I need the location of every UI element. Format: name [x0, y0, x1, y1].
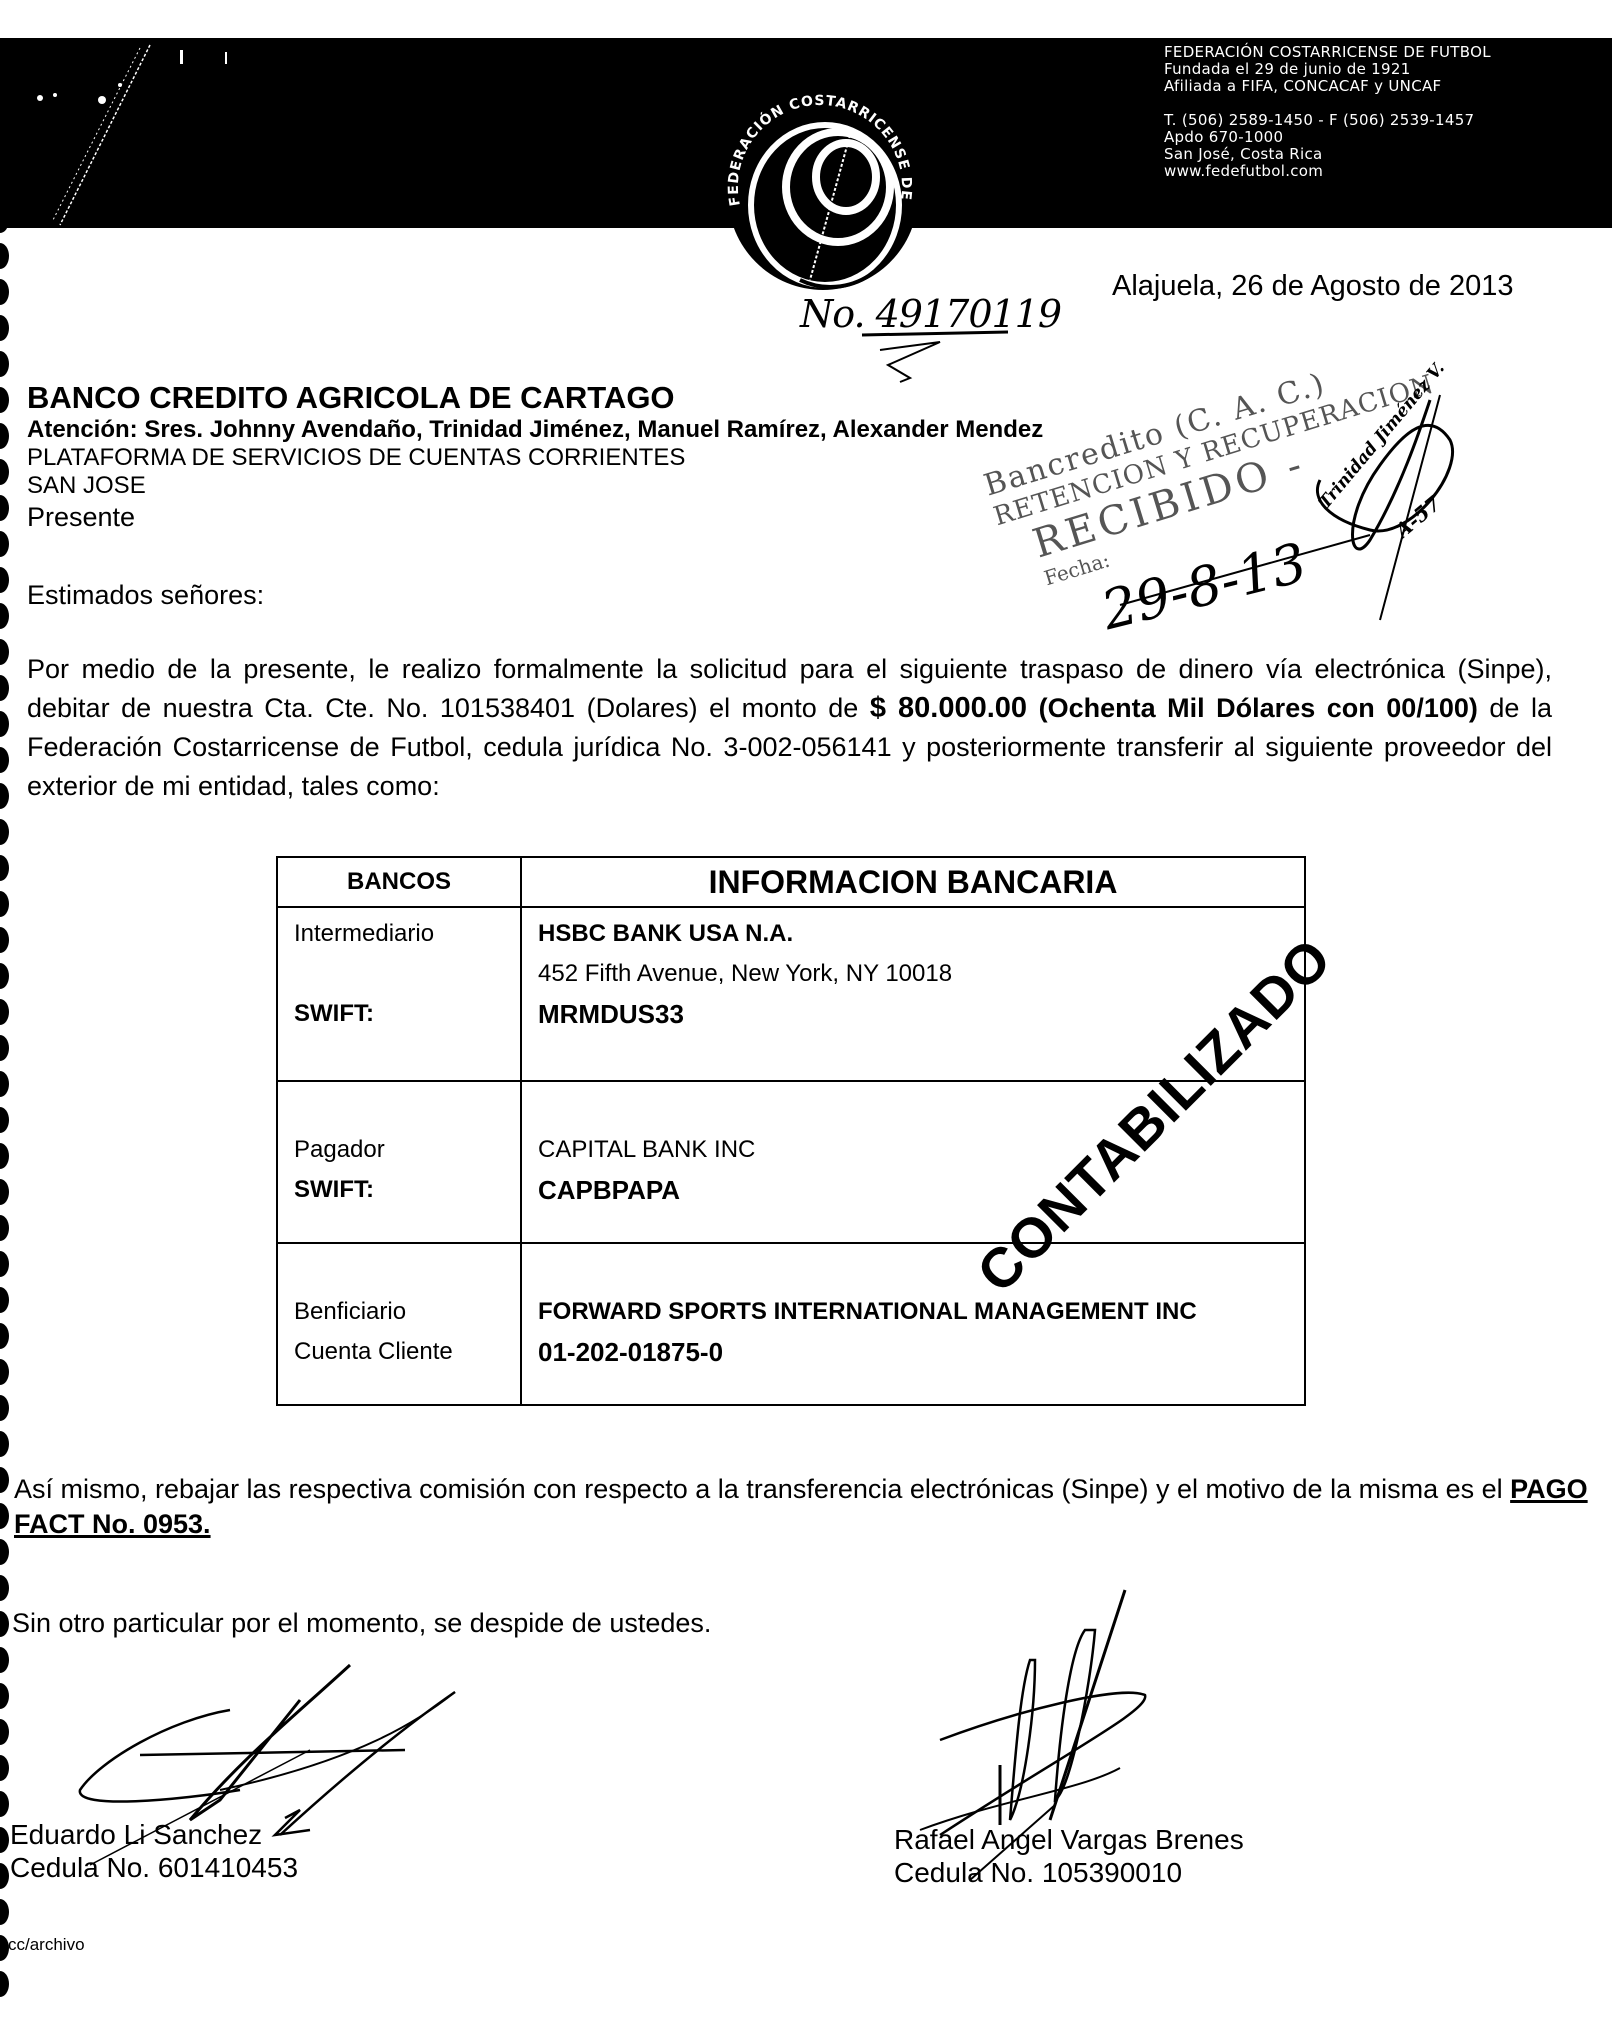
payer-swift-code: CAPBPAPA [538, 1170, 1288, 1210]
commission-text: Así mismo, rebajar las respectiva comisi… [14, 1474, 1510, 1504]
po-box-line: Apdo 670-1000 [1164, 129, 1491, 146]
recipient-city: SAN JOSE [27, 472, 1043, 500]
row-label: Pagador [294, 1130, 504, 1170]
cc-note: cc/archivo [8, 1935, 85, 1955]
department-line: PLATAFORMA DE SERVICIOS DE CUENTAS CORRI… [27, 444, 1043, 472]
column-header-banks: BANCOS [277, 857, 521, 907]
signatory-2-name: Rafael Angel Vargas Brenes [894, 1823, 1244, 1856]
signatory-2: Rafael Angel Vargas Brenes Cedula No. 10… [894, 1823, 1244, 1889]
presente-line: Presente [27, 500, 1043, 534]
founded-line: Fundada el 29 de junio de 1921 [1164, 61, 1491, 78]
request-paragraph: Por medio de la presente, le realizo for… [27, 650, 1552, 806]
beneficiary-name: FORWARD SPORTS INTERNATIONAL MANAGEMENT … [538, 1292, 1288, 1332]
affiliations-line: Afiliada a FIFA, CONCACAF y UNCAF [1164, 78, 1491, 95]
org-name: FEDERACIÓN COSTARRICENSE DE FUTBOL [1164, 44, 1491, 61]
signatory-1-id: Cedula No. 601410453 [10, 1851, 298, 1884]
table-row-beneficiary: Benficiario Cuenta Cliente FORWARD SPORT… [277, 1243, 1305, 1405]
signatory-2-id: Cedula No. 105390010 [894, 1856, 1244, 1889]
intermediary-bank-address: 452 Fifth Avenue, New York, NY 10018 [538, 954, 1288, 994]
closing-line: Sin otro particular por el momento, se d… [12, 1608, 711, 1639]
table-header-row: BANCOS INFORMACION BANCARIA [277, 857, 1305, 907]
column-header-bank-info: INFORMACION BANCARIA [521, 857, 1305, 907]
binding-holes [0, 200, 14, 2027]
signatory-1-name: Eduardo Li Sanchez [10, 1818, 298, 1851]
table-row-intermediary: Intermediario SWIFT: HSBC BANK USA N.A. … [277, 907, 1305, 1081]
transfer-amount-words: (Ochenta Mil Dólares con 00/100) [1027, 693, 1478, 723]
commission-paragraph: Así mismo, rebajar las respectiva comisi… [14, 1472, 1594, 1542]
row-label-account: Cuenta Cliente [294, 1332, 504, 1372]
website-line: www.fedefutbol.com [1164, 163, 1491, 180]
beneficiary-account-number: 01-202-01875-0 [538, 1332, 1288, 1372]
row-label-swift: SWIFT: [294, 1170, 504, 1210]
recipient-block: BANCO CREDITO AGRICOLA DE CARTAGO Atenci… [27, 380, 1043, 534]
letter-date: Alajuela, 26 de Agosto de 2013 [1112, 270, 1514, 303]
intermediary-swift-code: MRMDUS33 [538, 994, 1288, 1034]
letterhead-contact-block: FEDERACIÓN COSTARRICENSE DE FUTBOL Funda… [1164, 44, 1491, 180]
row-label: Intermediario [294, 914, 504, 954]
transfer-amount: $ 80.000.00 [870, 692, 1027, 724]
row-label-swift: SWIFT: [294, 994, 504, 1034]
greeting: Estimados señores: [27, 580, 264, 611]
intermediary-bank-name: HSBC BANK USA N.A. [538, 914, 1288, 954]
signatory-1: Eduardo Li Sanchez Cedula No. 601410453 [10, 1818, 298, 1884]
phone-fax-line: T. (506) 2589-1450 - F (506) 2539-1457 [1164, 112, 1491, 129]
city-line: San José, Costa Rica [1164, 146, 1491, 163]
row-label: Benficiario [294, 1292, 504, 1332]
football-federation-crest-icon: FEDERACIÓN COSTARRICENSE DE FUTBOL [700, 55, 940, 285]
letterhead-texture [10, 40, 130, 220]
recipient-bank: BANCO CREDITO AGRICOLA DE CARTAGO [27, 380, 1043, 416]
attention-line: Atención: Sres. Johnny Avendaño, Trinida… [27, 416, 1043, 444]
